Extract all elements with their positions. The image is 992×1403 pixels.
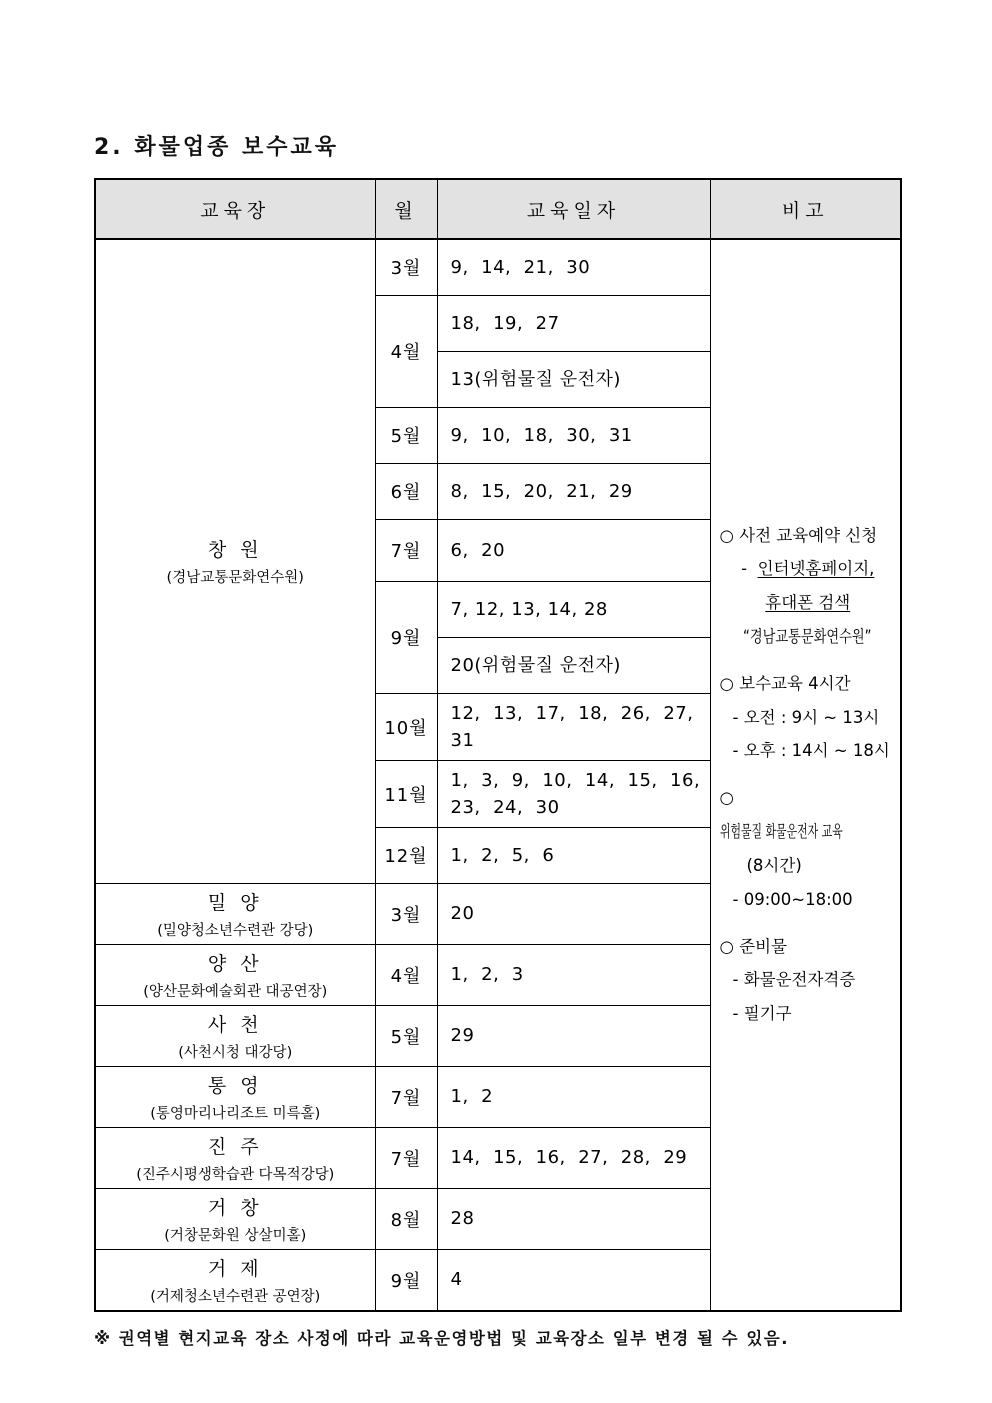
month-cell: 9월 xyxy=(375,1249,437,1311)
note-hazmat-time: - 09:00~18:00 xyxy=(720,883,897,917)
month-cell: 11월 xyxy=(375,760,437,827)
dates-cell: 8, 15, 20, 21, 29 xyxy=(437,463,710,519)
quoted-name: “경남교통문화연수원” xyxy=(744,620,872,654)
month-cell: 9월 xyxy=(375,581,437,693)
venue-yangsan: 양 산 (양산문화예술회관 대공연장) xyxy=(95,944,375,1005)
footnote: ※ 권역별 현지교육 장소 사정에 따라 교육운영방법 및 교육장소 일부 변경… xyxy=(94,1325,992,1349)
note-hours-title: ○ 보수교육 4시간 xyxy=(720,667,897,701)
note-hours-pm: - 오후 : 14시 ~ 18시 xyxy=(720,734,897,768)
note-supplies-item2: - 필기구 xyxy=(720,997,897,1031)
dates-cell: 14, 15, 16, 27, 28, 29 xyxy=(437,1127,710,1188)
venue-sub-label: (경남교통문화연수원) xyxy=(98,566,373,587)
dates-cell: 1, 2, 3 xyxy=(437,944,710,1005)
month-cell: 5월 xyxy=(375,407,437,463)
dates-cell: 9, 10, 18, 30, 31 xyxy=(437,407,710,463)
month-cell: 3월 xyxy=(375,239,437,295)
note-hours-block: ○ 보수교육 4시간 - 오전 : 9시 ~ 13시 - 오후 : 14시 ~ … xyxy=(720,667,897,768)
underlined-text: 휴대폰 검색 xyxy=(765,593,850,612)
hazmat-title-text: 위험물질 화물운전자 교육 xyxy=(720,815,843,849)
venue-miryang: 밀 양 (밀양청소년수련관 강당) xyxy=(95,883,375,944)
header-row: 교육장 월 교육일자 비고 xyxy=(95,179,901,239)
note-hours-am: - 오전 : 9시 ~ 13시 xyxy=(720,701,897,735)
venue-sub-label: (거창문화원 상살미홀) xyxy=(98,1224,373,1245)
dates-cell: 20 xyxy=(437,883,710,944)
venue-geochang: 거 창 (거창문화원 상살미홀) xyxy=(95,1188,375,1249)
note-reservation-web: - 인터넷홈페이지, xyxy=(720,552,897,586)
venue-jinju: 진 주 (진주시평생학습관 다목적강당) xyxy=(95,1127,375,1188)
note-supplies-title: ○ 준비물 xyxy=(720,930,897,964)
table-row: 창 원 (경남교통문화연수원) 3월 9, 14, 21, 30 ○ 사전 교육… xyxy=(95,239,901,295)
dates-cell: 4 xyxy=(437,1249,710,1311)
note-reservation-name: “경남교통문화연수원” xyxy=(720,620,897,654)
venue-sub-label: (거제청소년수련관 공연장) xyxy=(98,1285,373,1306)
venue-sub-label: (진주시평생학습관 다목적강당) xyxy=(98,1163,373,1184)
dates-cell: 18, 19, 27 xyxy=(437,295,710,351)
header-dates: 교육일자 xyxy=(437,179,710,239)
month-cell: 10월 xyxy=(375,693,437,760)
note-reservation-phone: 휴대폰 검색 xyxy=(720,586,897,620)
venue-name: 창 원 xyxy=(98,535,373,562)
month-cell: 6월 xyxy=(375,463,437,519)
dates-cell: 9, 14, 21, 30 xyxy=(437,239,710,295)
dates-cell: 29 xyxy=(437,1005,710,1066)
dates-cell: 28 xyxy=(437,1188,710,1249)
venue-name: 거 창 xyxy=(98,1193,373,1220)
document-page: 2. 화물업종 보수교육 교육장 월 교육일자 비고 창 원 (경남교통문화연수… xyxy=(0,0,992,1349)
note-cell: ○ 사전 교육예약 신청 - 인터넷홈페이지, 휴대폰 검색 “경남교통문화연수… xyxy=(710,239,901,1311)
note-supplies-block: ○ 준비물 - 화물운전자격증 - 필기구 xyxy=(720,930,897,1031)
note-reservation-title: ○ 사전 교육예약 신청 xyxy=(720,519,897,553)
note-hazmat-title: ○ 위험물질 화물운전자 교육 xyxy=(720,781,897,849)
table-header: 교육장 월 교육일자 비고 xyxy=(95,179,901,239)
month-cell: 3월 xyxy=(375,883,437,944)
venue-sacheon: 사 천 (사천시청 대강당) xyxy=(95,1005,375,1066)
dates-cell: 13(위험물질 운전자) xyxy=(437,351,710,407)
note-hazmat-duration: (8시간) xyxy=(720,849,897,883)
venue-sub-label: (사천시청 대강당) xyxy=(98,1041,373,1062)
circle-bullet: ○ xyxy=(720,788,734,807)
venue-name: 진 주 xyxy=(98,1132,373,1159)
venue-geoje: 거 제 (거제청소년수련관 공연장) xyxy=(95,1249,375,1311)
dates-cell: 1, 3, 9, 10, 14, 15, 16, 23, 24, 30 xyxy=(437,760,710,827)
note-reservation-block: ○ 사전 교육예약 신청 - 인터넷홈페이지, 휴대폰 검색 “경남교통문화연수… xyxy=(720,519,897,654)
venue-name: 밀 양 xyxy=(98,888,373,915)
venue-name: 거 제 xyxy=(98,1254,373,1281)
dates-cell: 20(위험물질 운전자) xyxy=(437,637,710,693)
dates-cell: 1, 2 xyxy=(437,1066,710,1127)
header-note: 비고 xyxy=(710,179,901,239)
venue-name: 양 산 xyxy=(98,949,373,976)
header-venue: 교육장 xyxy=(95,179,375,239)
month-cell: 8월 xyxy=(375,1188,437,1249)
venue-name: 사 천 xyxy=(98,1010,373,1037)
page-title: 2. 화물업종 보수교육 xyxy=(94,130,992,161)
venue-name: 통 영 xyxy=(98,1071,373,1098)
note-hazmat-block: ○ 위험물질 화물운전자 교육 (8시간) - 09:00~18:00 xyxy=(720,781,897,916)
venue-tongyeong: 통 영 (통영마리나리조트 미륵홀) xyxy=(95,1066,375,1127)
header-month: 월 xyxy=(375,179,437,239)
month-cell: 7월 xyxy=(375,1066,437,1127)
month-cell: 12월 xyxy=(375,827,437,883)
month-cell: 4월 xyxy=(375,944,437,1005)
month-cell: 7월 xyxy=(375,519,437,581)
dates-cell: 6, 20 xyxy=(437,519,710,581)
dates-cell: 1, 2, 5, 6 xyxy=(437,827,710,883)
underlined-text: 인터넷홈페이지, xyxy=(758,559,875,578)
note-supplies-item1: - 화물운전자격증 xyxy=(720,963,897,997)
venue-sub-label: (통영마리나리조트 미륵홀) xyxy=(98,1102,373,1123)
venue-changwon: 창 원 (경남교통문화연수원) xyxy=(95,239,375,883)
month-cell: 4월 xyxy=(375,295,437,407)
dates-cell: 7, 12, 13, 14, 28 xyxy=(437,581,710,637)
education-schedule-table: 교육장 월 교육일자 비고 창 원 (경남교통문화연수원) 3월 9, 14, … xyxy=(94,178,902,1312)
venue-sub-label: (밀양청소년수련관 강당) xyxy=(98,919,373,940)
dash: - xyxy=(741,559,747,578)
month-cell: 5월 xyxy=(375,1005,437,1066)
venue-sub-label: (양산문화예술회관 대공연장) xyxy=(98,980,373,1001)
dates-cell: 12, 13, 17, 18, 26, 27, 31 xyxy=(437,693,710,760)
month-cell: 7월 xyxy=(375,1127,437,1188)
